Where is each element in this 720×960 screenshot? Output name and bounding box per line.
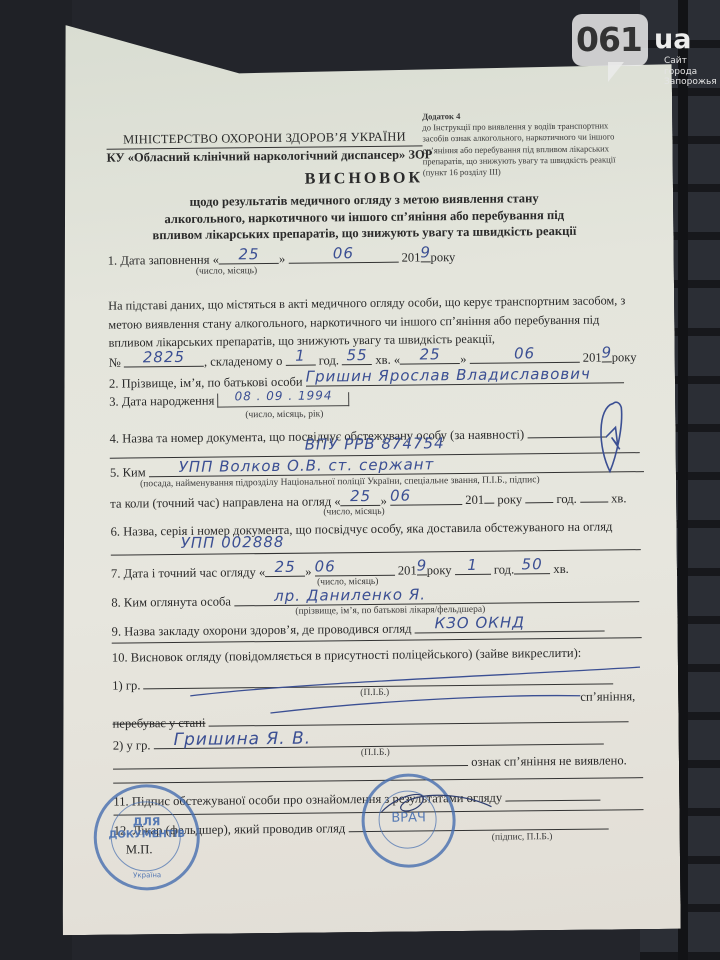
act-minute: 55 — [342, 350, 372, 365]
field-birth-date: 3. Дата народження 08 . 09 . 1994 — [109, 392, 350, 410]
fill-date-hint: (число, місяць) — [196, 266, 257, 277]
strikethrough-marks — [180, 657, 651, 722]
act-number: 2825 — [124, 352, 204, 368]
birth-date-hint: (число, місяць, рік) — [245, 409, 323, 420]
document-title: ВИСНОВОК — [55, 167, 673, 191]
watermark-number: 061 — [576, 20, 642, 59]
referred-by-value: УПП Волков О.В. ст. сержант — [149, 457, 644, 477]
background-left — [0, 0, 72, 960]
watermark-domain: ua — [654, 24, 691, 55]
document-sheet: МІНІСТЕРСТВО ОХОРОНИ ЗДОРОВ’Я УКРАЇНИ КУ… — [53, 19, 680, 935]
examined-by-value: лр. Даниленко Я. — [234, 587, 639, 606]
signature-icon — [591, 397, 636, 477]
watermark-tagline: Сайт города Запорожья — [664, 56, 717, 88]
person-name-value: Гришин Ярослав Владиславович — [306, 368, 624, 386]
annex-line: засобів ознак алкогольного, наркотичного… — [422, 131, 647, 145]
doctor-signature-icon — [361, 781, 502, 832]
doctor-signature-hint: (підпис, П.І.Б.) — [492, 832, 553, 843]
site-watermark: 061 ua Сайт города Запорожья — [572, 14, 706, 80]
option-2-value: Гришина Я. В. — [154, 730, 604, 750]
institution-name: КУ «Обласний клінічний наркологічний дис… — [107, 147, 437, 165]
field-fill-date: 1. Дата заповнення «25» 06 2019року — [108, 247, 456, 269]
birth-date-boxes: 08 . 09 . 1994 — [217, 392, 349, 407]
fill-date-month: 06 — [288, 248, 398, 264]
field-person-name: 2. Прізвище, ім’я, по батькові особи Гри… — [109, 368, 624, 391]
ministry-name: МІНІСТЕРСТВО ОХОРОНИ ЗДОРОВ’Я УКРАЇНИ — [114, 129, 414, 147]
deliverer-document-value: УПП 002888 — [111, 533, 641, 556]
field-facility: 9. Назва закладу охорони здоров’я, де пр… — [112, 617, 605, 640]
intro-paragraph: На підставі даних, що містяться в акті м… — [108, 291, 639, 352]
facility-value: КЗО ОКНД — [415, 617, 605, 634]
institution-stamp: ДЛЯ ДОКУМЕНТІВ Україна — [93, 784, 200, 891]
seal-label: М.П. — [126, 842, 153, 857]
act-day: 25 — [400, 349, 460, 365]
act-hour: 1 — [285, 351, 315, 366]
fill-date-year: 9 — [420, 247, 430, 262]
option-2-tail-row: ознак сп’яніння не виявлено. — [113, 749, 627, 773]
annex-line: препаратів, що знижують увагу та швидкіс… — [423, 154, 648, 168]
fill-date-label: 1. Дата заповнення « — [108, 253, 219, 268]
document-subtitle: щодо результатів медичного огляду з мето… — [75, 189, 653, 245]
fill-date-day: 25 — [219, 249, 279, 265]
act-month: 06 — [470, 348, 580, 364]
referral-time-hint: (число, місяць) — [323, 507, 384, 518]
